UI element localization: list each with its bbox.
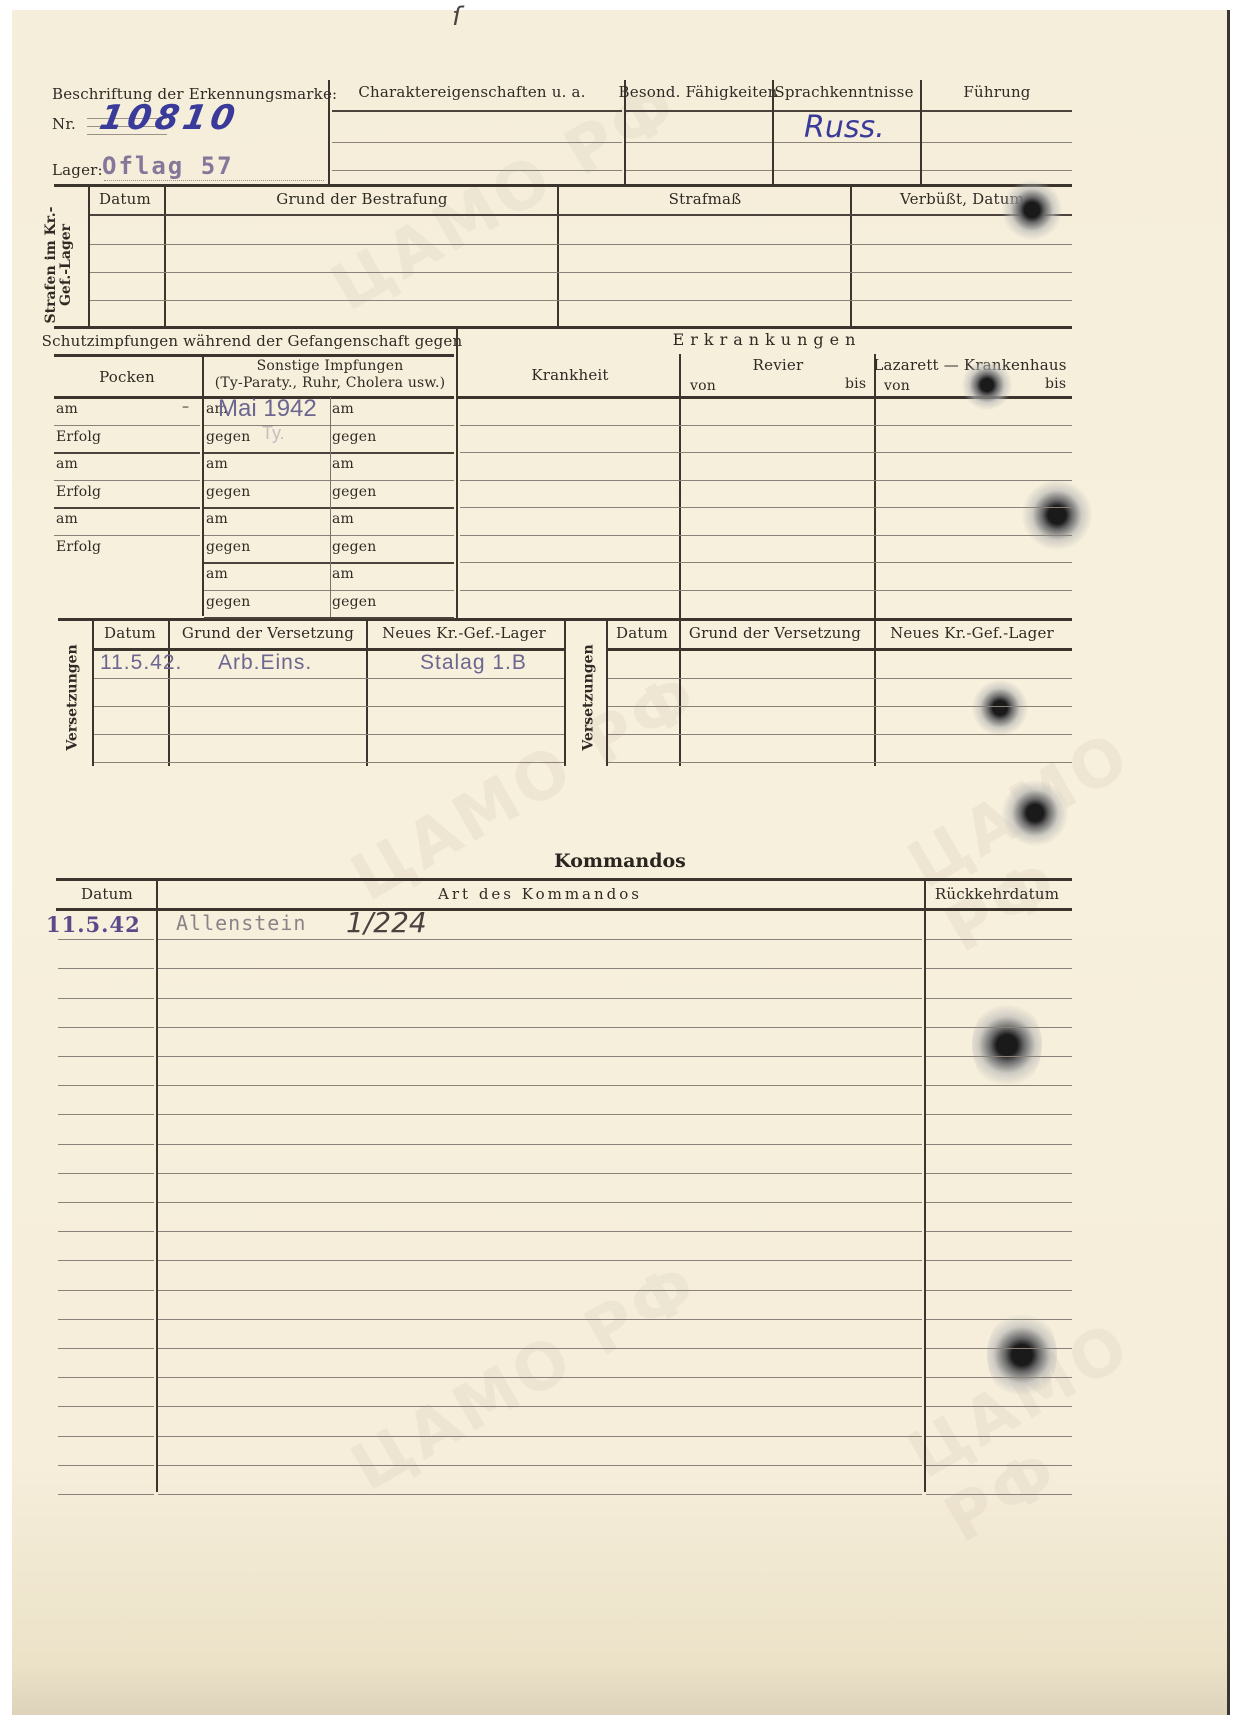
pocken-row-label: Erfolg — [56, 484, 101, 500]
kommando-art-stamp: Allenstein — [176, 911, 306, 935]
impf-sonstige-label: gegen — [332, 539, 377, 555]
pocken-row-value: – — [182, 399, 189, 415]
kommando-art-handwritten: 1/224 — [346, 906, 427, 939]
sprachkenntnisse-value: Russ. — [804, 110, 885, 145]
pocken-row-label: Erfolg — [56, 429, 101, 445]
impf-sonstige-label: gegen — [332, 429, 377, 445]
impf-sonstige-value: Ty. — [262, 423, 285, 444]
vers-right-col-grund: Grund der Versetzung — [689, 624, 861, 642]
punch-hole — [972, 680, 1028, 736]
fuehrung-label: Führung — [963, 83, 1030, 101]
kommando-datum-value: 11.5.42 — [46, 912, 141, 937]
vers-datum-value: 11.5.42. — [100, 651, 182, 675]
punch-hole — [962, 360, 1012, 410]
pocken-row-label: am — [56, 456, 78, 472]
strafen-col-grund: Grund der Bestrafung — [276, 190, 447, 208]
impf-sonstige-label: gegen — [332, 484, 377, 500]
faehigkeiten-label: Besond. Fähigkeiten — [619, 83, 778, 101]
vers-left-col-lager: Neues Kr.-Gef.-Lager — [382, 624, 546, 642]
impf-sonstige-label: am — [332, 401, 354, 417]
impf-sonstige-label: am — [332, 511, 354, 527]
strafen-col-strafmass: Strafmaß — [669, 190, 742, 208]
vers-lager-value: Stalag 1.B — [420, 651, 527, 675]
lager-stamp: Oflag 57 — [102, 152, 234, 180]
vers-right-col-lager: Neues Kr.-Gef.-Lager — [890, 624, 1054, 642]
impf-sonstige-label: am — [332, 456, 354, 472]
vers-grund-value: Arb.Eins. — [218, 651, 312, 675]
kommandos-col-rueckkehr: Rückkehrdatum — [935, 885, 1059, 903]
revier-label: Revier — [753, 356, 804, 374]
vers-right-col-datum: Datum — [616, 624, 668, 642]
vers-left-col-datum: Datum — [104, 624, 156, 642]
pocken-row-label: am — [56, 511, 78, 527]
impf-sonstige-label: gegen — [206, 539, 251, 555]
kommandos-col-datum: Datum — [81, 885, 133, 903]
kommandos-title: Kommandos — [554, 850, 686, 872]
kommandos-col-art: Art des Kommandos — [438, 885, 642, 903]
charakter-label: Charaktereigenschaften u. a. — [358, 83, 585, 101]
impf-sonstige-label: am — [206, 566, 228, 582]
nr-value: 10810 — [96, 98, 241, 138]
punch-hole — [1022, 480, 1092, 550]
top-pencil-mark: ſ — [452, 2, 461, 32]
watermark: ЦАМО РФ — [896, 680, 1240, 967]
watermark: ЦАМО РФ — [896, 1270, 1240, 1557]
impf-sonstige-label: gegen — [206, 594, 251, 610]
lazarett-von-label: von — [884, 378, 910, 394]
sonstige-label: Sonstige Impfungen(Ty-Paraty., Ruhr, Cho… — [215, 358, 446, 392]
krankheit-label: Krankheit — [531, 366, 608, 384]
punch-hole — [1002, 780, 1068, 846]
impf-sonstige-label: am — [332, 566, 354, 582]
revier-bis-label: bis — [845, 376, 866, 392]
revier-von-label: von — [690, 378, 716, 394]
impf-sonstige-value: Mai 1942 — [218, 395, 317, 423]
erkrankungen-title: Erkrankungen — [673, 330, 862, 349]
pocken-row-label: am — [56, 401, 78, 417]
versetzungen-side-label-left: Versetzungen — [66, 643, 81, 753]
pocken-label: Pocken — [99, 368, 155, 386]
punch-hole — [987, 1310, 1057, 1400]
strafen-col-datum: Datum — [99, 190, 151, 208]
impf-sonstige-label: am — [206, 511, 228, 527]
versetzungen-side-label-right: Versetzungen — [582, 643, 597, 753]
impf-sonstige-label: gegen — [206, 429, 251, 445]
pocken-row-label: Erfolg — [56, 539, 101, 555]
lager-label: Lager: — [52, 161, 103, 179]
vers-left-col-grund: Grund der Versetzung — [182, 624, 354, 642]
nr-label: Nr. — [52, 115, 76, 133]
impf-sonstige-label: gegen — [206, 484, 251, 500]
sprachkenntnisse-label: Sprachkenntnisse — [774, 83, 913, 101]
punch-hole — [972, 1000, 1042, 1090]
impf-sonstige-label: am — [206, 456, 228, 472]
document-page: ЦАМО РФ ЦАМО РФ ЦАМО РФ ЦАМО РФ ЦАМО РФ … — [12, 10, 1230, 1715]
impf-sonstige-label: gegen — [332, 594, 377, 610]
lazarett-bis-label: bis — [1045, 376, 1066, 392]
punch-hole — [1002, 180, 1062, 240]
impfungen-title: Schutzimpfungen während der Gefangenscha… — [42, 332, 463, 350]
strafen-side-label: Strafen im Kr.-Gef.-Lager — [44, 200, 74, 330]
